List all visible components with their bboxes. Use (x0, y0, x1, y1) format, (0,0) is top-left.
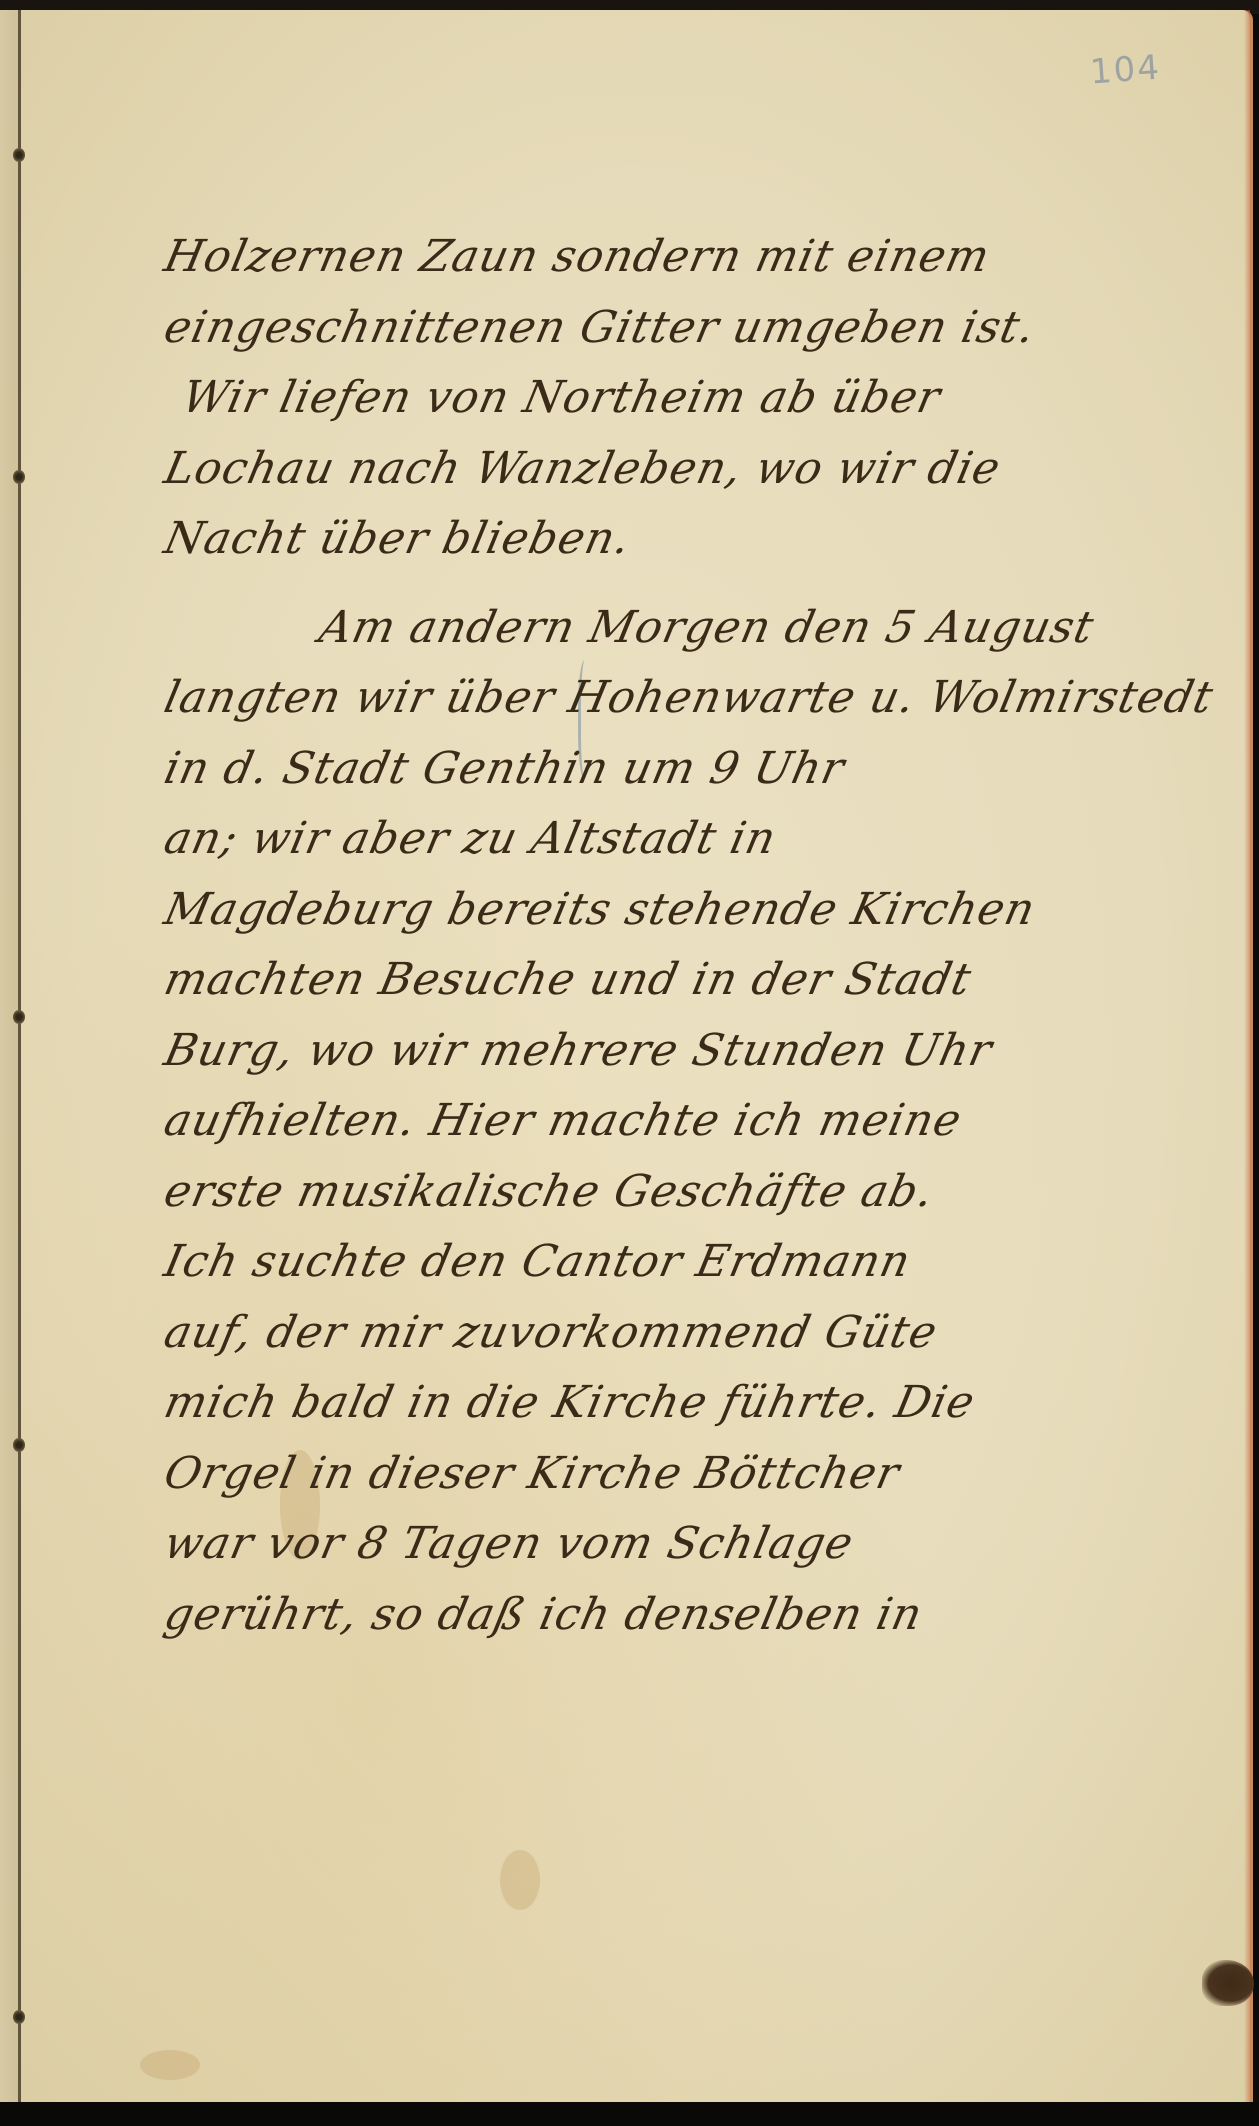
text-line: in d. Stadt Genthin um 9 Uhr (158, 734, 1213, 805)
text-line: mich bald in die Kirche führte. Die (158, 1368, 1213, 1439)
text-line: Wir liefen von Northeim ab über (158, 363, 1213, 434)
text-line: aufhielten. Hier machte ich meine (158, 1086, 1213, 1157)
ink-blot (1202, 1960, 1254, 2006)
text-line: machten Besuche und in der Stadt (158, 945, 1213, 1016)
text-line: Ich suchte den Cantor Erdmann (158, 1227, 1213, 1298)
binding-stitch-icon (13, 148, 25, 162)
binding-stitch-icon (13, 2010, 25, 2024)
binding-stitch-icon (13, 1010, 25, 1024)
water-stain (500, 1850, 540, 1910)
binding-fold-line (18, 10, 21, 2102)
handwritten-text-block: Holzernen Zaun sondern mit einem eingesc… (165, 222, 1205, 1650)
text-line: gerührt, so daß ich denselben in (158, 1580, 1213, 1651)
scan-border-bottom (0, 2102, 1259, 2126)
manuscript-page: 104 Holzernen Zaun sondern mit einem ein… (0, 10, 1253, 2102)
text-line: erste musikalische Geschäfte ab. (158, 1157, 1213, 1228)
text-line: Burg, wo wir mehrere Stunden Uhr (158, 1016, 1213, 1087)
text-line: Nacht über blieben. (158, 504, 1213, 575)
binding-stitch-icon (13, 1438, 25, 1452)
binding-gutter (0, 10, 18, 2102)
binding-stitch-icon (13, 470, 25, 484)
text-line: an; wir aber zu Altstadt in (158, 804, 1213, 875)
water-stain (140, 2050, 200, 2080)
text-line: Holzernen Zaun sondern mit einem (158, 222, 1213, 293)
text-line: Orgel in dieser Kirche Böttcher (158, 1439, 1213, 1510)
text-line: Magdeburg bereits stehende Kirchen (158, 875, 1213, 946)
text-line: Am andern Morgen den 5 August (158, 593, 1213, 664)
text-line: eingeschnittenen Gitter umgeben ist. (158, 293, 1213, 364)
text-line: auf, der mir zuvorkommend Güte (158, 1298, 1213, 1369)
text-line: war vor 8 Tagen vom Schlage (158, 1509, 1213, 1580)
text-line: Lochau nach Wanzleben, wo wir die (158, 434, 1213, 505)
page-edge (1244, 10, 1250, 2102)
text-line: langten wir über Hohenwarte u. Wolmirste… (158, 663, 1213, 734)
folio-number: 104 (1089, 48, 1163, 93)
